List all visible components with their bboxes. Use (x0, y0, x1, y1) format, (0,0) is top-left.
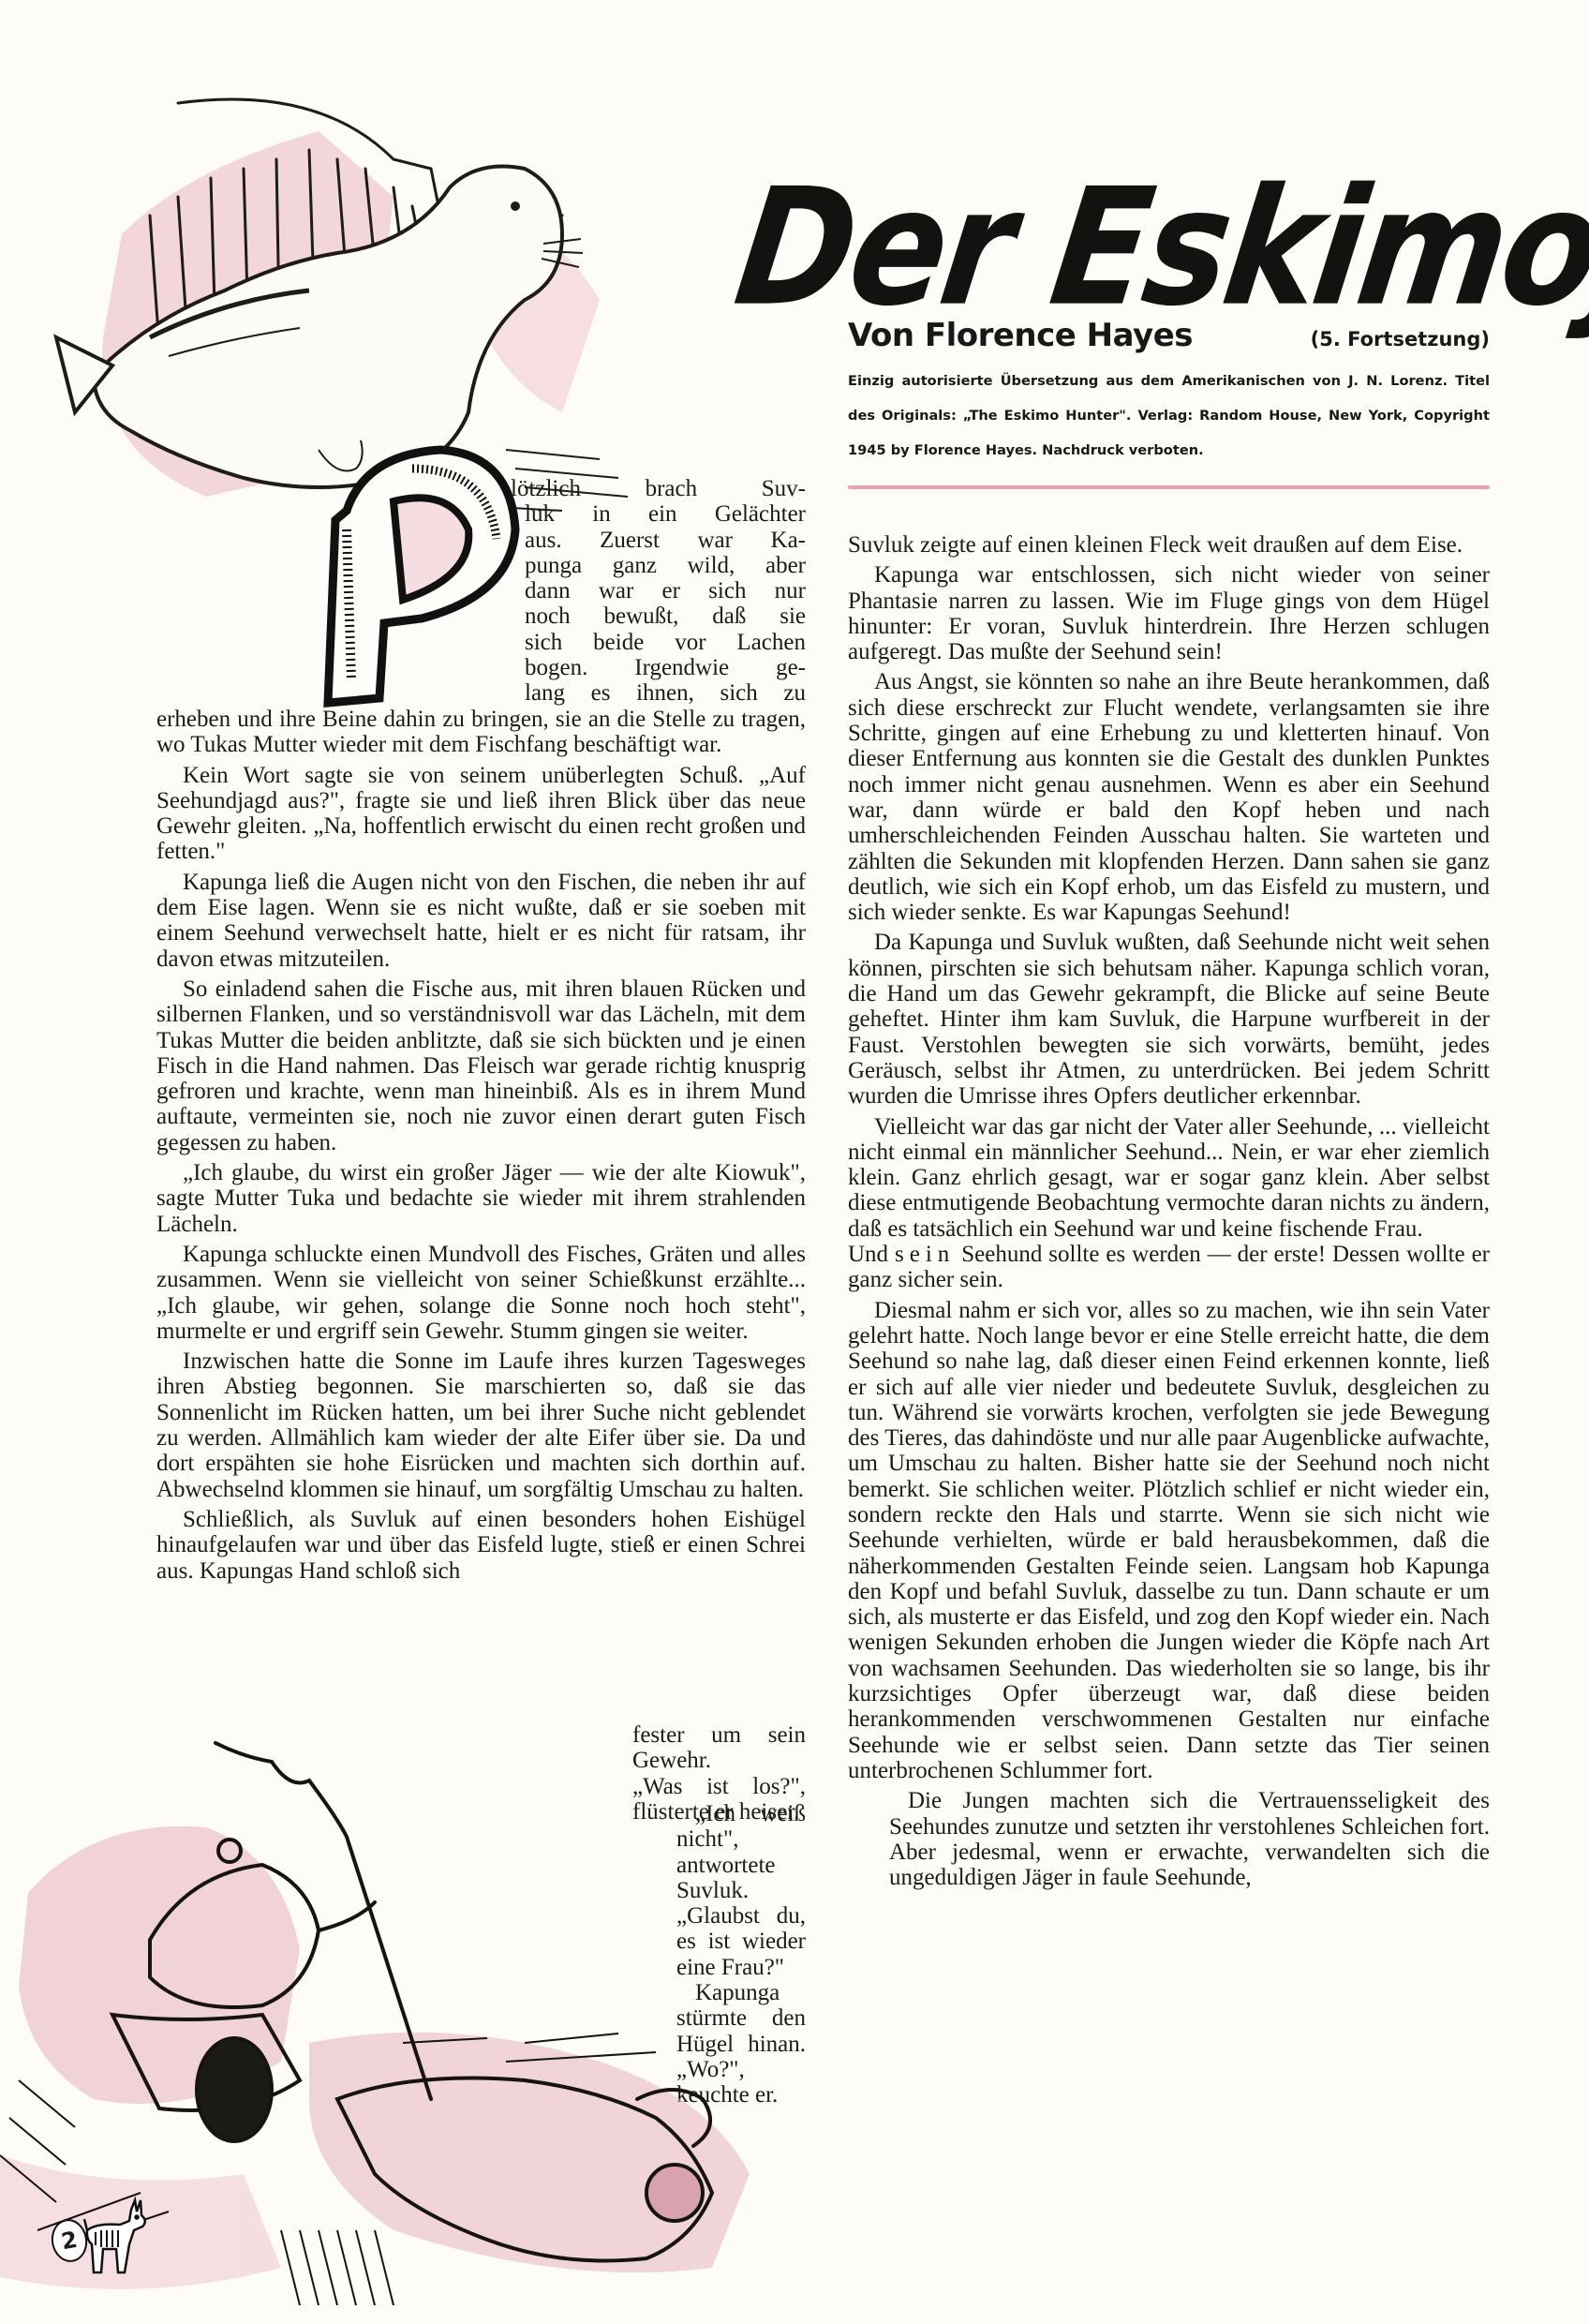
paragraph: Diesmal nahm er sich vor, alles so zu ma… (848, 1298, 1490, 1784)
paragraph: Inzwischen hatte die Sonne im Laufe ihre… (156, 1348, 806, 1502)
emphasis-paragraph: Und sein Seehund sollte es werden — der … (848, 1242, 1490, 1293)
installment-label: (5. Fortsetzung) (1311, 328, 1490, 350)
donkey-icon (82, 2193, 148, 2282)
translation-credits: Einzig autorisierte Übersetzung aus dem … (848, 364, 1490, 468)
author-name: Von Florence Hayes (848, 317, 1193, 354)
drop-line: dann war er sich nur (525, 578, 806, 603)
drop-line: lötzlich brach Suv- (511, 476, 806, 501)
divider-rule (848, 485, 1490, 489)
spaced-emphasis: sein (895, 1242, 955, 1267)
paragraph: So einladend sahen die Fische aus, mit i… (156, 976, 806, 1155)
drop-line: noch bewußt, daß sie (525, 603, 806, 629)
drop-line: bogen. Irgendwie ge- (525, 655, 806, 680)
paragraph: Suvluk zeigte auf einen kleinen Fleck we… (848, 532, 1490, 558)
paragraph: erheben und ihre Beine dahin zu bringen,… (156, 707, 806, 758)
drop-cap-letter: P (309, 436, 310, 437)
left-column: erheben und ihre Beine dahin zu bringen,… (156, 707, 806, 1584)
paragraph: Schließlich, als Suvluk auf einen besond… (156, 1507, 806, 1584)
drop-line: sich beide vor Lachen (525, 630, 806, 655)
drop-line: aus. Zuerst war Ka- (525, 528, 806, 553)
drop-cap-p: P (309, 436, 525, 717)
paragraph: Kapunga ließ die Augen nicht von den Fis… (156, 870, 806, 972)
paragraph: Aus Angst, sie könnten so nahe an ihre B… (848, 669, 1490, 925)
byline: Von Florence Hayes (5. Fortsetzung) (848, 317, 1490, 354)
right-column: Suvluk zeigte auf einen kleinen Fleck we… (848, 532, 1490, 1890)
paragraph: Kapunga schluckte einen Mundvoll des Fis… (156, 1242, 806, 1344)
drop-cap-lines: lötzlich brach Suv- luk in ein Gelächter… (525, 476, 806, 707)
paragraph: „Ich glaube, du wirst ein großer Jäger —… (156, 1160, 806, 1237)
text-run: Und (848, 1242, 895, 1267)
paragraph: Vielleicht war das gar nicht der Vater a… (848, 1114, 1490, 1242)
drop-line: punga ganz wild, aber (525, 553, 806, 578)
drop-line: lang es ihnen, sich zu (525, 680, 806, 706)
paragraph: Kapunga war entschlossen, sich nicht wie… (848, 562, 1490, 664)
paragraph: Die Jungen machten sich die Vertrauensse… (848, 1788, 1490, 1890)
paragraph: Da Kapunga und Suvluk wußten, daß Seehun… (848, 930, 1490, 1109)
drop-line: luk in ein Gelächter (525, 501, 806, 527)
paragraph: Kein Wort sagte sie von seinem unüberleg… (156, 763, 806, 865)
